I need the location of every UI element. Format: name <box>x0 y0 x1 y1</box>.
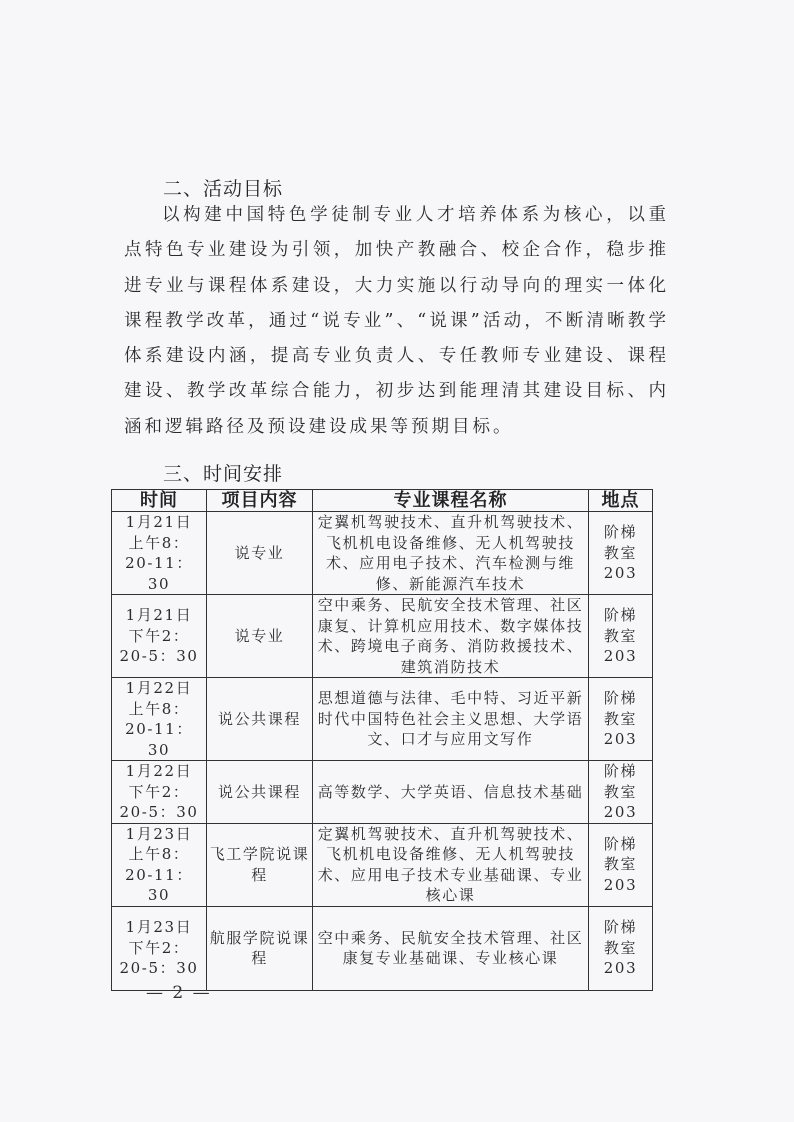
header-item: 项目内容 <box>207 490 313 512</box>
table-row: 1月23日 下午2： 20-5：30 航服学院说课程 空中乘务、民航安全技术管理… <box>112 906 653 990</box>
item-cell: 航服学院说课程 <box>207 906 313 990</box>
item-cell: 说专业 <box>207 512 313 595</box>
time-cell: 1月21日 上午8： 20-11：30 <box>112 512 207 595</box>
table-row: 1月22日 下午2： 20-5：30 说公共课程 高等数学、大学英语、信息技术基… <box>112 761 653 824</box>
time-cell: 1月21日 下午2： 20-5：30 <box>112 595 207 678</box>
table-row: 1月23日 上午8： 20-11：30 飞工学院说课程 定翼机驾驶技术、直升机驾… <box>112 823 653 906</box>
time-cell: 1月22日 下午2： 20-5：30 <box>112 761 207 824</box>
location-cell: 阶梯 教室 203 <box>589 595 653 678</box>
header-courses: 专业课程名称 <box>313 490 589 512</box>
page-number: — 2 — <box>146 983 212 1003</box>
time-cell: 1月22日 上午8： 20-11：30 <box>112 678 207 761</box>
item-cell: 说公共课程 <box>207 678 313 761</box>
location-cell: 阶梯 教室 203 <box>589 906 653 990</box>
table-row: 1月21日 上午8： 20-11：30 说专业 定翼机驾驶技术、直升机驾驶技术、… <box>112 512 653 595</box>
location-cell: 阶梯 教室 203 <box>589 761 653 824</box>
header-time: 时间 <box>112 490 207 512</box>
item-cell: 飞工学院说课程 <box>207 823 313 906</box>
time-cell: 1月23日 上午8： 20-11：30 <box>112 823 207 906</box>
courses-cell: 空中乘务、民航安全技术管理、社区康复专业基础课、专业核心课 <box>313 906 589 990</box>
time-cell: 1月23日 下午2： 20-5：30 <box>112 906 207 990</box>
section-heading-schedule: 三、时间安排 <box>163 459 283 486</box>
location-cell: 阶梯 教室 203 <box>589 678 653 761</box>
item-cell: 说公共课程 <box>207 761 313 824</box>
item-cell: 说专业 <box>207 595 313 678</box>
schedule-table: 时间 项目内容 专业课程名称 地点 1月21日 上午8： 20-11：30 说专… <box>111 489 653 991</box>
table-row: 1月21日 下午2： 20-5：30 说专业 空中乘务、民航安全技术管理、社区康… <box>112 595 653 678</box>
courses-cell: 定翼机驾驶技术、直升机驾驶技术、飞机机电设备维修、无人机驾驶技术、应用电子技术专… <box>313 823 589 906</box>
table-row: 1月22日 上午8： 20-11：30 说公共课程 思想道德与法律、毛中特、习近… <box>112 678 653 761</box>
courses-cell: 思想道德与法律、毛中特、习近平新时代中国特色社会主义思想、大学语文、口才与应用文… <box>313 678 589 761</box>
document-page: 二、活动目标 以构建中国特色学徒制专业人才培养体系为核心，以重点特色专业建设为引… <box>0 0 794 1122</box>
header-location: 地点 <box>589 490 653 512</box>
location-cell: 阶梯 教室 203 <box>589 823 653 906</box>
courses-cell: 高等数学、大学英语、信息技术基础 <box>313 761 589 824</box>
courses-cell: 定翼机驾驶技术、直升机驾驶技术、飞机机电设备维修、无人机驾驶技术、应用电子技术、… <box>313 512 589 595</box>
section-heading-goals: 二、活动目标 <box>163 174 283 201</box>
table-header-row: 时间 项目内容 专业课程名称 地点 <box>112 490 653 512</box>
courses-cell: 空中乘务、民航安全技术管理、社区康复、计算机应用技术、数字媒体技术、跨境电子商务… <box>313 595 589 678</box>
location-cell: 阶梯 教室 203 <box>589 512 653 595</box>
goals-paragraph: 以构建中国特色学徒制专业人才培养体系为核心，以重点特色专业建设为引领，加快产教融… <box>124 198 669 445</box>
